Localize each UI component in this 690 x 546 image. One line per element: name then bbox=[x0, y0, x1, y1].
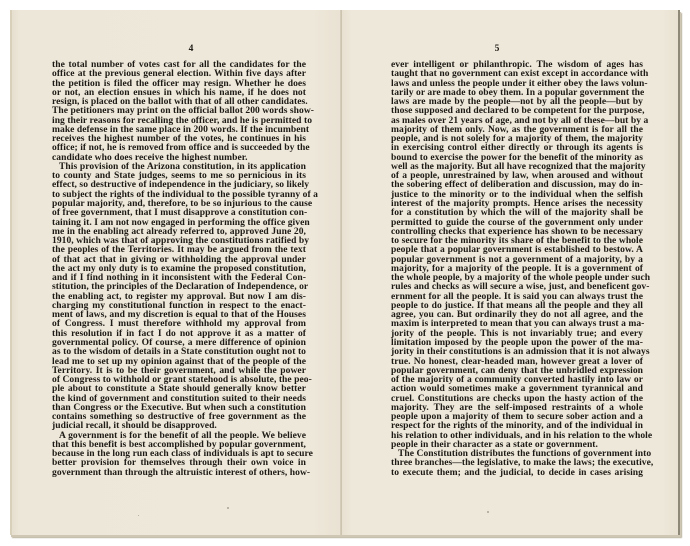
booklet-spread: 4 the total number of votes cast for all… bbox=[10, 10, 680, 535]
right-page-body-text: ever intelligent or philanthropic. The w… bbox=[391, 60, 643, 477]
paper-speck bbox=[487, 511, 489, 513]
right-page: 5 ever intelligent or philanthropic. The… bbox=[342, 10, 680, 535]
paper-speck bbox=[138, 515, 139, 516]
text-line: to execute them; and the judicial, to de… bbox=[391, 468, 643, 477]
left-page-body-text: the total number of votes cast for all t… bbox=[52, 60, 306, 477]
paper-speck bbox=[227, 507, 229, 509]
paper-speck bbox=[642, 462, 643, 463]
page-number-right: 5 bbox=[328, 44, 666, 54]
text-line: government than through the altruistic i… bbox=[52, 468, 306, 477]
left-page: 4 the total number of votes cast for all… bbox=[10, 10, 340, 535]
page-number-left: 4 bbox=[26, 44, 356, 54]
